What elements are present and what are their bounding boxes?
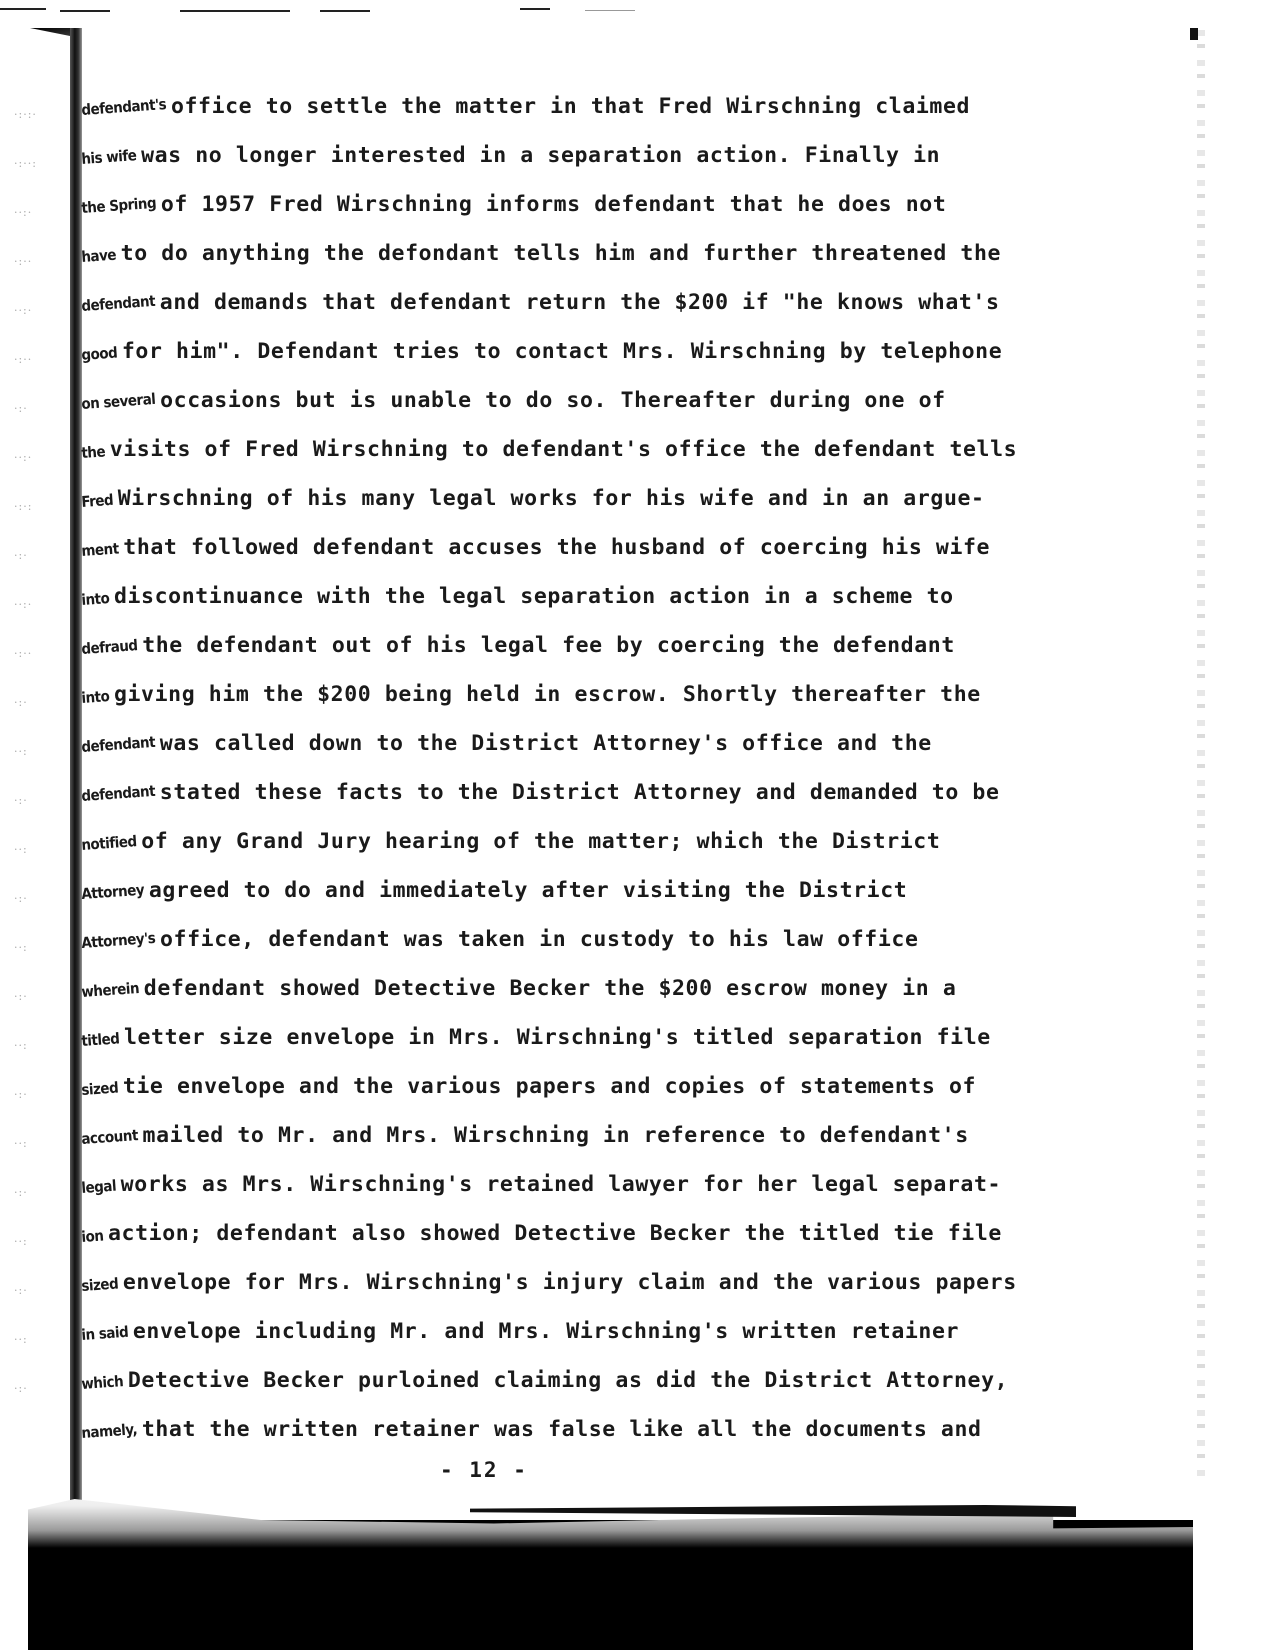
- text-line: accountmailed to Mr. and Mrs. Wirschning…: [82, 1099, 1082, 1148]
- page-bottom-edge: [470, 1505, 1076, 1517]
- line-lead-text: sized: [81, 1274, 119, 1295]
- line-lead-text: on several: [81, 390, 156, 413]
- line-lead-text: ion: [81, 1227, 104, 1246]
- line-text: letter size envelope in Mrs. Wirschning'…: [124, 1025, 991, 1050]
- text-line: defendantand demands that defendant retu…: [82, 266, 1082, 315]
- text-line: ionaction; defendant also showed Detecti…: [82, 1197, 1082, 1246]
- text-line: sizedtie envelope and the various papers…: [82, 1050, 1082, 1099]
- line-lead-text: wherein: [81, 979, 140, 1001]
- bleed-through-margin-text: ·:·:··:··:··:··:····:··:···:···:··:·:·:·…: [14, 90, 70, 1413]
- line-text: office, defendant was taken in custody t…: [160, 927, 918, 952]
- line-text: was no longer interested in a separation…: [141, 143, 940, 168]
- page-number: - 12 -: [440, 1458, 528, 1482]
- line-lead-text: into: [81, 589, 110, 609]
- line-text: of 1957 Fred Wirschning informs defendan…: [161, 192, 947, 217]
- text-line: thevisits of Fred Wirschning to defendan…: [82, 413, 1082, 462]
- line-lead-text: the Spring: [81, 194, 157, 217]
- text-line: intogiving him the $200 being held in es…: [82, 658, 1082, 707]
- text-line: intodiscontinuance with the legal separa…: [82, 560, 1082, 609]
- line-text: works as Mrs. Wirschning's retained lawy…: [121, 1172, 1001, 1197]
- text-line: whichDetective Becker purloined claiming…: [82, 1344, 1082, 1393]
- line-lead-text: defendant's: [81, 95, 167, 119]
- text-line: FredWirschning of his many legal works f…: [82, 462, 1082, 511]
- text-line: haveto do anything the defondant tells h…: [82, 217, 1082, 266]
- text-line: defraudthe defendant out of his legal fe…: [82, 609, 1082, 658]
- text-line: notifiedof any Grand Jury hearing of the…: [82, 805, 1082, 854]
- text-line: his wifewas no longer interested in a se…: [82, 119, 1082, 168]
- line-text: and demands that defendant return the $2…: [160, 290, 1000, 315]
- line-text: stated these facts to the District Attor…: [160, 780, 1000, 805]
- text-line: Attorney'soffice, defendant was taken in…: [82, 903, 1082, 952]
- line-lead-text: Attorney: [81, 881, 145, 903]
- text-line: defendantstated these facts to the Distr…: [82, 756, 1082, 805]
- line-text: that followed defendant accuses the husb…: [123, 535, 990, 560]
- line-lead-text: account: [81, 1126, 139, 1148]
- text-line: mentthat followed defendant accuses the …: [82, 511, 1082, 560]
- text-line: goodfor him". Defendant tries to contact…: [82, 315, 1082, 364]
- text-line: sizedenvelope for Mrs. Wirschning's inju…: [82, 1246, 1082, 1295]
- line-text: that the written retainer was false like…: [142, 1417, 982, 1442]
- text-line: Attorneyagreed to do and immediately aft…: [82, 854, 1082, 903]
- scan-top-artifacts: [0, 0, 1275, 20]
- line-text: Wirschning of his many legal works for h…: [118, 486, 985, 511]
- line-lead-text: into: [81, 687, 110, 707]
- line-lead-text: notified: [81, 832, 137, 854]
- line-lead-text: his wife: [81, 146, 137, 168]
- line-lead-text: namely,: [81, 1420, 138, 1442]
- line-lead-text: in said: [81, 1323, 129, 1344]
- line-lead-text: defendant: [81, 733, 156, 756]
- text-line: the Springof 1957 Fred Wirschning inform…: [82, 168, 1082, 217]
- text-line: legalworks as Mrs. Wirschning's retained…: [82, 1148, 1082, 1197]
- line-text: to do anything the defondant tells him a…: [121, 241, 1001, 266]
- line-lead-text: the: [81, 442, 106, 462]
- line-text: giving him the $200 being held in escrow…: [114, 682, 981, 707]
- line-text: visits of Fred Wirschning to defendant's…: [110, 437, 1017, 462]
- document-body: defendant'soffice to settle the matter i…: [82, 70, 1082, 1442]
- line-lead-text: sized: [81, 1078, 119, 1099]
- text-line: in saidenvelope including Mr. and Mrs. W…: [82, 1295, 1082, 1344]
- line-lead-text: defendant: [81, 292, 156, 315]
- line-lead-text: Attorney's: [81, 929, 156, 952]
- line-lead-text: legal: [81, 1177, 117, 1197]
- line-text: mailed to Mr. and Mrs. Wirschning in ref…: [143, 1123, 969, 1148]
- line-text: tie envelope and the various papers and …: [123, 1074, 976, 1099]
- line-text: office to settle the matter in that Fred…: [171, 94, 970, 119]
- line-lead-text: have: [81, 246, 117, 266]
- text-line: whereindefendant showed Detective Becker…: [82, 952, 1082, 1001]
- line-lead-text: which: [81, 1372, 124, 1393]
- line-text: Detective Becker purloined claiming as d…: [128, 1368, 1008, 1393]
- line-text: envelope for Mrs. Wirschning's injury cl…: [123, 1270, 1017, 1295]
- line-text: was called down to the District Attorney…: [160, 731, 932, 756]
- line-lead-text: Fred: [81, 491, 114, 511]
- line-lead-text: defendant: [81, 782, 156, 805]
- text-line: defendant'soffice to settle the matter i…: [82, 70, 1082, 119]
- line-text: action; defendant also showed Detective …: [108, 1221, 1002, 1246]
- line-text: for him". Defendant tries to contact Mrs…: [122, 339, 1002, 364]
- text-line: on severaloccasions but is unable to do …: [82, 364, 1082, 413]
- line-text: of any Grand Jury hearing of the matter;…: [141, 829, 940, 854]
- line-lead-text: defraud: [81, 636, 138, 658]
- line-lead-text: ment: [81, 539, 119, 560]
- line-text: discontinuance with the legal separation…: [114, 584, 954, 609]
- line-text: defendant showed Detective Becker the $2…: [144, 976, 957, 1001]
- line-lead-text: good: [81, 344, 118, 364]
- line-lead-text: titled: [81, 1029, 120, 1050]
- text-line: defendantwas called down to the District…: [82, 707, 1082, 756]
- text-line: titledletter size envelope in Mrs. Wirsc…: [82, 1001, 1082, 1050]
- line-text: agreed to do and immediately after visit…: [149, 878, 907, 903]
- text-line: namely,that the written retainer was fal…: [82, 1393, 1082, 1442]
- line-text: the defendant out of his legal fee by co…: [142, 633, 955, 658]
- page-right-mark: [1190, 28, 1198, 40]
- line-text: envelope including Mr. and Mrs. Wirschni…: [133, 1319, 959, 1344]
- line-text: occasions but is unable to do so. Therea…: [160, 388, 946, 413]
- page-right-edge-artifact: [1197, 30, 1205, 1480]
